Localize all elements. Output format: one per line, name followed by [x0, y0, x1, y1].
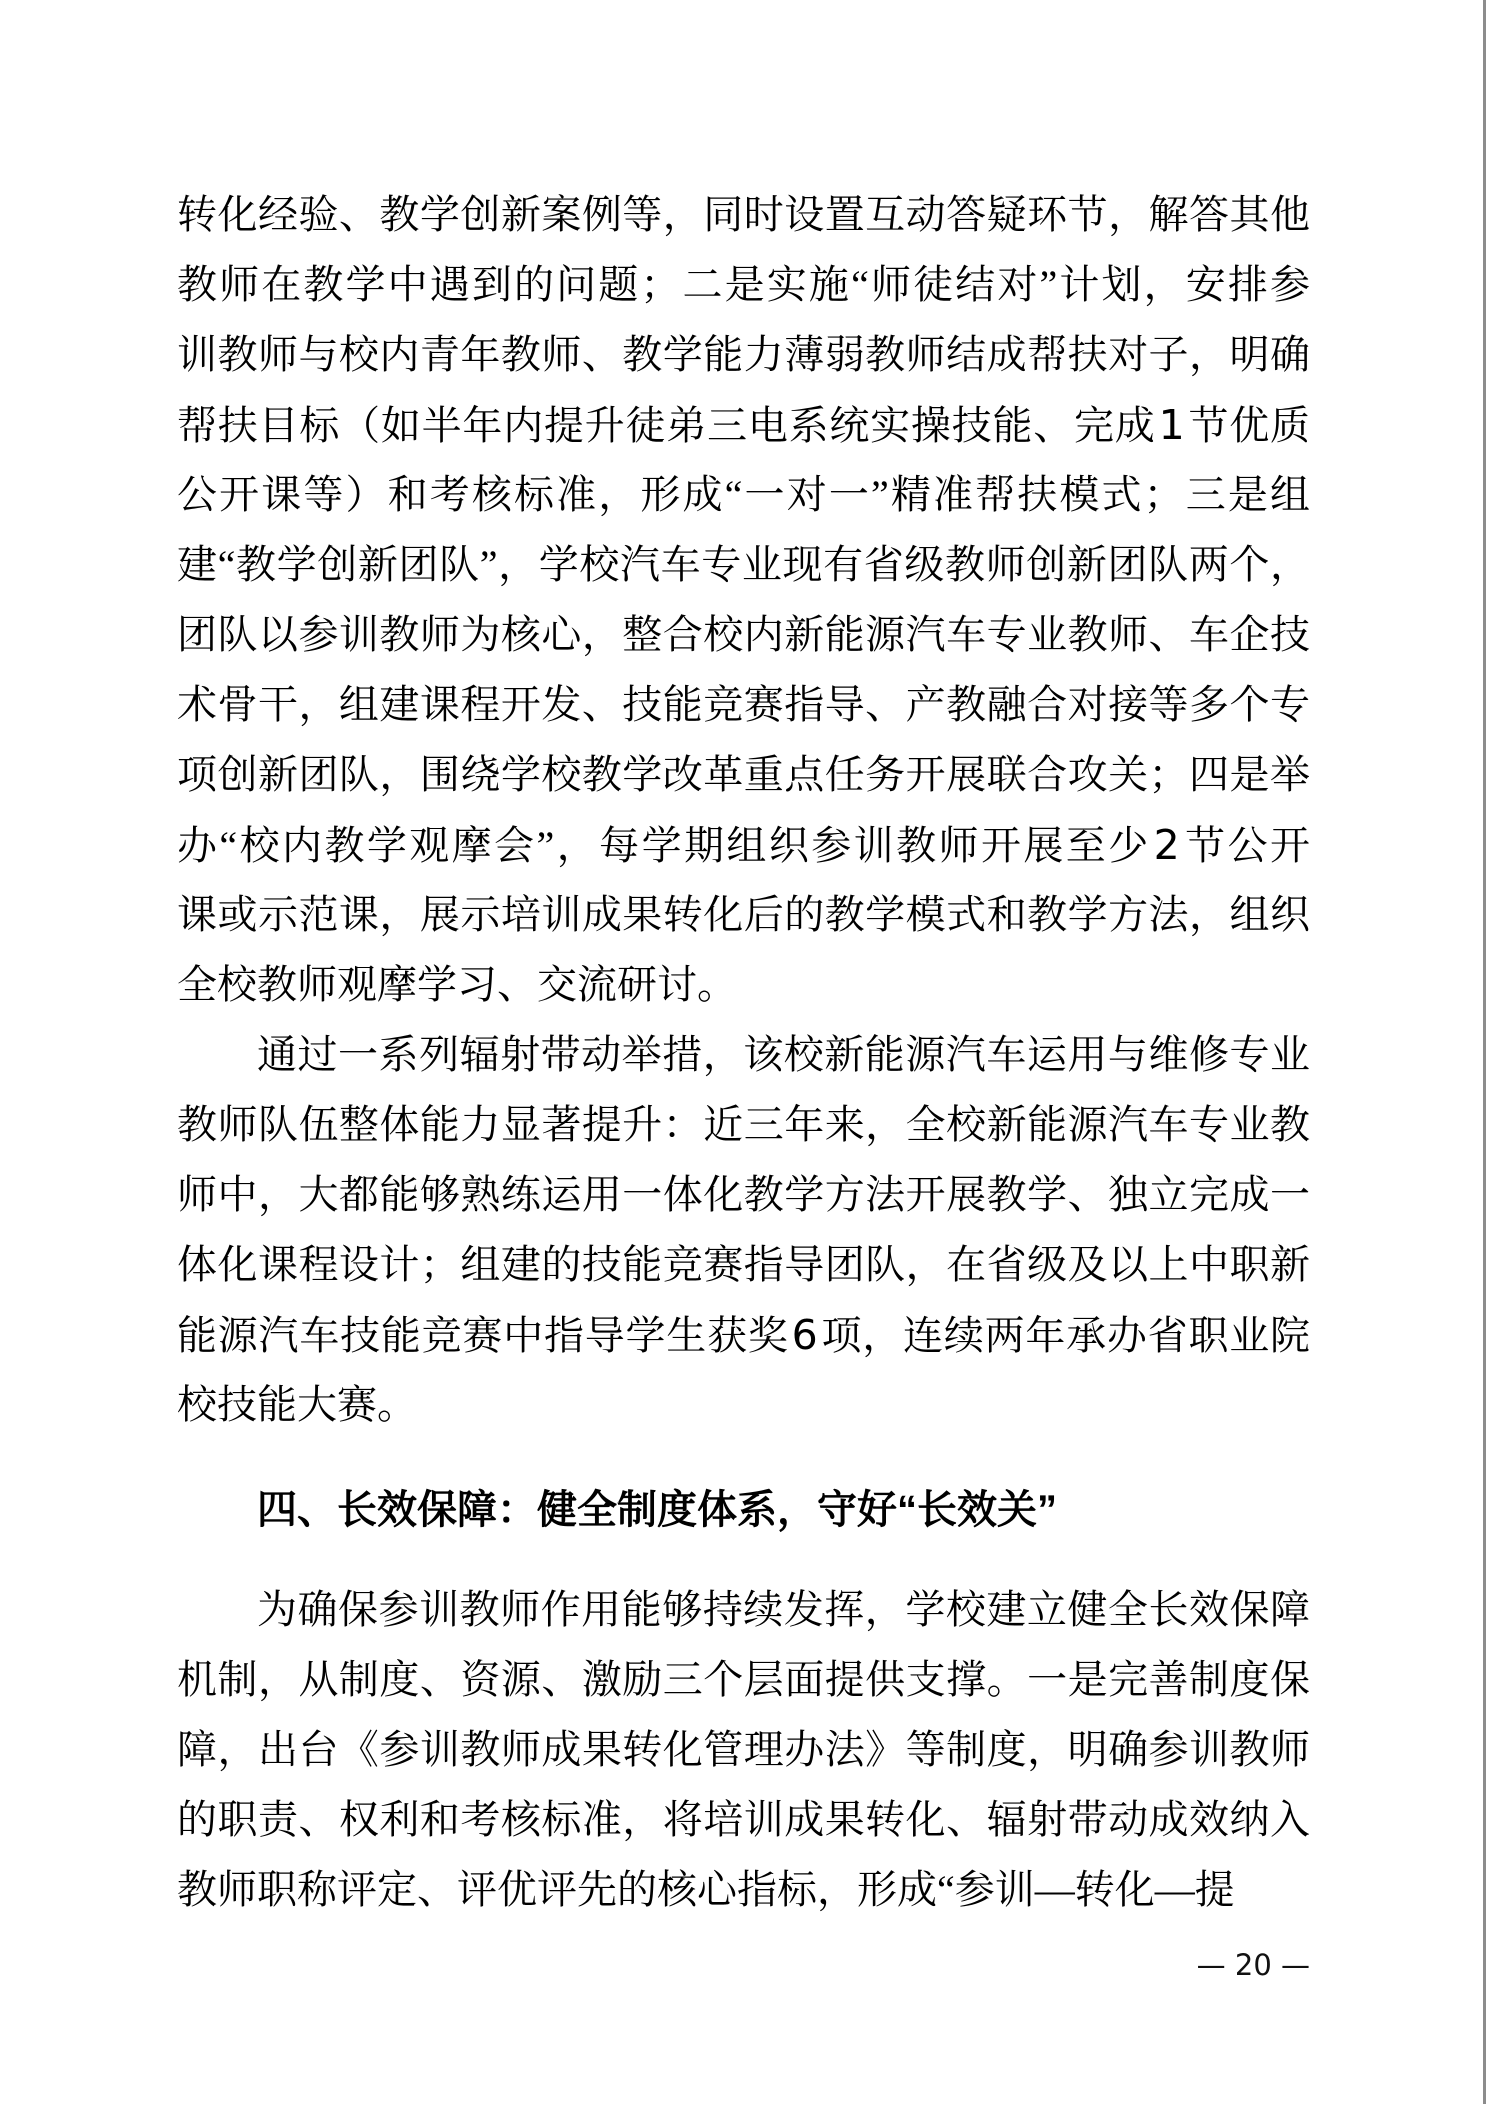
text-line: 项创新团队，围绕学校教学改革重点任务开展联合攻关；四是举	[177, 740, 1310, 810]
document-page: 转化经验、教学创新案例等，同时设置互动答疑环节，解答其他教师在教学中遇到的问题；…	[0, 0, 1488, 2104]
text-line: 能源汽车技能竞赛中指导学生获奖6项，连续两年承办省职业院	[177, 1300, 1310, 1370]
text-line: 术骨干，组建课程开发、技能竞赛指导、产教融合对接等多个专	[177, 670, 1310, 740]
text-line: 转化经验、教学创新案例等，同时设置互动答疑环节，解答其他	[177, 180, 1310, 250]
page-number: — 20 —	[1197, 1948, 1310, 1982]
text-line: 机制，从制度、资源、激励三个层面提供支撑。一是完善制度保	[177, 1645, 1310, 1715]
text-line: 公开课等）和考核标准，形成“一对一”精准帮扶模式；三是组	[177, 460, 1310, 530]
text-line: 课或示范课，展示培训成果转化后的教学模式和教学方法，组织	[177, 880, 1310, 950]
text-line: 帮扶目标（如半年内提升徒弟三电系统实操技能、完成1节优质	[177, 390, 1310, 460]
text-line: 的职责、权利和考核标准，将培训成果转化、辐射带动成效纳入	[177, 1785, 1310, 1855]
text-line: 通过一系列辐射带动举措，该校新能源汽车运用与维修专业	[177, 1020, 1310, 1090]
text-line: 团队以参训教师为核心，整合校内新能源汽车专业教师、车企技	[177, 600, 1310, 670]
text-line: 校技能大赛。	[177, 1370, 1310, 1440]
text-line: 障，出台《参训教师成果转化管理办法》等制度，明确参训教师	[177, 1715, 1310, 1785]
text-line: 师中，大都能够熟练运用一体化教学方法开展教学、独立完成一	[177, 1160, 1310, 1230]
section-heading: 四、长效保障：健全制度体系，守好“长效关”	[177, 1475, 1310, 1545]
arabic-numeral: 2	[1151, 821, 1183, 869]
text-line: 教师队伍整体能力显著提升：近三年来，全校新能源汽车专业教	[177, 1090, 1310, 1160]
text-line: 为确保参训教师作用能够持续发挥，学校建立健全长效保障	[177, 1575, 1310, 1645]
page-right-edge-line	[1483, 0, 1486, 2104]
text-line: 办“校内教学观摩会”，每学期组织参训教师开展至少2节公开	[177, 810, 1310, 880]
page-body: 转化经验、教学创新案例等，同时设置互动答疑环节，解答其他教师在教学中遇到的问题；…	[177, 180, 1310, 1925]
text-line: 教师职称评定、评优评先的核心指标，形成“参训—转化—提	[177, 1855, 1310, 1925]
text-line: 全校教师观摩学习、交流研讨。	[177, 950, 1310, 1020]
text-line: 体化课程设计；组建的技能竞赛指导团队，在省级及以上中职新	[177, 1230, 1310, 1300]
text-line: 训教师与校内青年教师、教学能力薄弱教师结成帮扶对子，明确	[177, 320, 1310, 390]
text-line: 建“教学创新团队”，学校汽车专业现有省级教师创新团队两个，	[177, 530, 1310, 600]
paragraph-continuation: 转化经验、教学创新案例等，同时设置互动答疑环节，解答其他教师在教学中遇到的问题；…	[177, 180, 1310, 1020]
arabic-numeral: 1	[1156, 401, 1188, 449]
arabic-numeral: 6	[789, 1311, 821, 1359]
paragraph-achievements: 通过一系列辐射带动举措，该校新能源汽车运用与维修专业教师队伍整体能力显著提升：近…	[177, 1020, 1310, 1440]
text-line: 教师在教学中遇到的问题；二是实施“师徒结对”计划，安排参	[177, 250, 1310, 320]
paragraph-safeguards: 为确保参训教师作用能够持续发挥，学校建立健全长效保障机制，从制度、资源、激励三个…	[177, 1575, 1310, 1925]
